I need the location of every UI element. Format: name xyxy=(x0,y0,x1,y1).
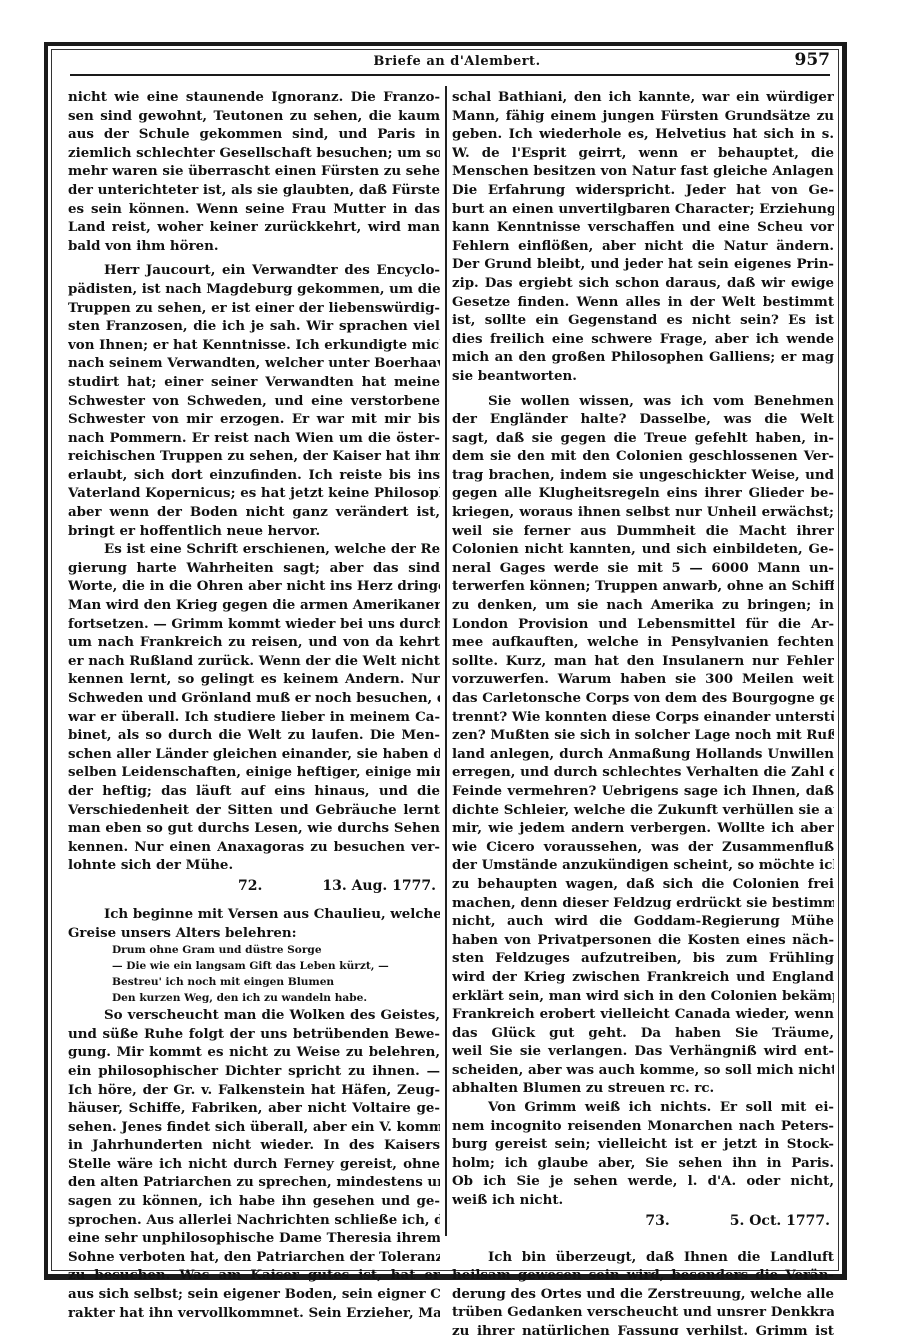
text-line: Sie wollen wissen, was ich vom Benehmen xyxy=(452,392,834,411)
text-line: kennen lernt, so gelingt es keinem Ander… xyxy=(68,670,440,689)
text-line: man eben so gut durchs Lesen, wie durchs… xyxy=(68,819,440,838)
text-line: wie Cicero voraussehen, was der Zusammen… xyxy=(452,838,834,857)
text-line: der heftig; das läuft auf eins hinaus, u… xyxy=(68,782,440,801)
text-line: Den kurzen Weg, den ich zu wandeln habe. xyxy=(112,990,440,1006)
paragraph: schal Bathiani, den ich kannte, war ein … xyxy=(452,88,834,386)
text-line: scheiden, aber was auch komme, so soll m… xyxy=(452,1061,834,1080)
text-line: um nach Frankreich zu reisen, und von da… xyxy=(68,633,440,652)
text-line: gierung harte Wahrheiten sagt; aber das … xyxy=(68,559,440,578)
text-line: sen sind gewohnt, Teutonen zu sehen, die… xyxy=(68,107,440,126)
text-line: zen? Mußten sie sich in solcher Lage noc… xyxy=(452,726,834,745)
text-line: von Ihnen; er hat Kenntnisse. Ich erkund… xyxy=(68,336,440,355)
text-line: zu denken, um sie nach Amerika zu bringe… xyxy=(452,596,834,615)
text-line: Schwester von Schweden, und eine verstor… xyxy=(68,392,440,411)
text-line: Frankreich erobert vielleicht Canada wie… xyxy=(452,1005,834,1024)
text-line: zu besuchen. Was am Kaiser gutes ist, ha… xyxy=(68,1266,440,1285)
text-line: gegen alle Klugheitsregeln eins ihrer Gl… xyxy=(452,484,834,503)
text-line: sie beantworten. xyxy=(452,367,834,386)
text-line: bringt er hoffentlich neue hervor. xyxy=(68,522,440,541)
text-line: ist, sollte ein Gegenstand es nicht sein… xyxy=(452,311,834,330)
text-line: neral Gages werde sie mit 5 — 6000 Mann … xyxy=(452,559,834,578)
text-line: burg gereist sein; vielleicht ist er jet… xyxy=(452,1135,834,1154)
text-line: kriegen, woraus ihnen selbst nur Unheil … xyxy=(452,503,834,522)
running-header: Briefe an d'Alembert. 957 xyxy=(72,50,842,76)
text-line: Vaterland Kopernicus; es hat jetzt keine… xyxy=(68,484,440,503)
text-line: und süße Ruhe folgt der uns betrübenden … xyxy=(68,1025,440,1044)
text-line: Die Erfahrung widerspricht. Jeder hat vo… xyxy=(452,181,834,200)
text-line: Mann, fähig einem jungen Fürsten Grundsä… xyxy=(452,107,834,126)
text-line: Der Grund bleibt, und jeder hat sein eig… xyxy=(452,255,834,274)
paragraph: Ich bin überzeugt, daß Ihnen die Landluf… xyxy=(452,1248,834,1335)
text-line: Man wird den Krieg gegen die armen Ameri… xyxy=(68,596,440,615)
text-line: wird der Krieg zwischen Frankreich und E… xyxy=(452,968,834,987)
text-line: Greise unsers Alters belehren: xyxy=(68,924,440,943)
verse-quote: Drum ohne Gram und düstre Sorge— Die wie… xyxy=(68,942,440,1006)
paragraph: Sie wollen wissen, was ich vom Benehmend… xyxy=(452,392,834,1099)
text-line: trüben Gedanken verscheucht und unsrer D… xyxy=(452,1303,834,1322)
text-line: weiß ich nicht. xyxy=(452,1191,834,1210)
text-line: zu behaupten wagen, daß sich die Colonie… xyxy=(452,875,834,894)
text-line: Sohne verboten hat, den Patriarchen der … xyxy=(68,1248,440,1267)
text-line: sehen. Jenes findet sich überall, aber e… xyxy=(68,1118,440,1137)
text-line: — Die wie ein langsam Gift das Leben kür… xyxy=(112,958,440,974)
text-line: Colonien nicht kannten, und sich einbild… xyxy=(452,540,834,559)
text-line: erregen, und durch schlechtes Verhalten … xyxy=(452,763,834,782)
text-line: W. de l'Esprit geirrt, wenn er behauptet… xyxy=(452,144,834,163)
text-line: Von Grimm weiß ich nichts. Er soll mit e… xyxy=(452,1098,834,1117)
text-line: Verschiedenheit der Sitten und Gebräuche… xyxy=(68,801,440,820)
text-line: weil Sie sie verlangen. Das Verhängniß w… xyxy=(452,1042,834,1061)
right-column: schal Bathiani, den ich kannte, war ein … xyxy=(452,88,834,1335)
text-line: sten Franzosen, die ich je sah. Wir spra… xyxy=(68,317,440,336)
text-line: mir, wie jedem andern verbergen. Wollte … xyxy=(452,819,834,838)
left-column: nicht wie eine staunende Ignoranz. Die F… xyxy=(68,88,440,1322)
text-line: das Carletonsche Corps von dem des Bourg… xyxy=(452,689,834,708)
text-line: studirt hat; einer seiner Verwandten hat… xyxy=(68,373,440,392)
text-line: Bestreu' ich noch mit eingen Blumen xyxy=(112,974,440,990)
text-line: den alten Patriarchen zu sprechen, minde… xyxy=(68,1173,440,1192)
text-line: häuser, Schiffe, Fabriken, aber nicht Vo… xyxy=(68,1099,440,1118)
text-line: pädisten, ist nach Magdeburg gekommen, u… xyxy=(68,280,440,299)
text-line: dichte Schleier, welche die Zukunft verh… xyxy=(452,801,834,820)
paragraph: Von Grimm weiß ich nichts. Er soll mit e… xyxy=(452,1098,834,1210)
paragraph: Es ist eine Schrift erschienen, welche d… xyxy=(68,540,440,875)
page-number: 957 xyxy=(795,50,831,70)
text-line: kann Kenntnisse verschaffen und eine Sch… xyxy=(452,218,834,237)
text-line: abhalten Blumen zu streuen rc. rc. xyxy=(452,1079,834,1098)
text-line: Feinde vermehren? Uebrigens sage ich Ihn… xyxy=(452,782,834,801)
column-divider xyxy=(445,86,447,1236)
text-line: Drum ohne Gram und düstre Sorge xyxy=(112,942,440,958)
text-line: bald von ihm hören. xyxy=(68,237,440,256)
text-line: kennen. Nur einen Anaxagoras zu besuchen… xyxy=(68,838,440,857)
text-line: Ich bin überzeugt, daß Ihnen die Landluf… xyxy=(452,1248,834,1267)
text-line: Land reist, woher keiner zurückkehrt, wi… xyxy=(68,218,440,237)
text-line: der unterichteter ist, als sie glaubten,… xyxy=(68,181,440,200)
text-line: der Umstände anzukündigen scheint, so mö… xyxy=(452,856,834,875)
text-line: Schwester von mir erzogen. Er war mit mi… xyxy=(68,410,440,429)
text-line: schen aller Länder gleichen einander, si… xyxy=(68,745,440,764)
text-line: war er überall. Ich studiere lieber in m… xyxy=(68,708,440,727)
text-line: nach Pommern. Er reist nach Wien um die … xyxy=(68,429,440,448)
text-line: London Provision und Lebensmittel für di… xyxy=(452,615,834,634)
text-line: nicht wie eine staunende Ignoranz. Die F… xyxy=(68,88,440,107)
text-line: mehr waren sie überrascht einen Fürsten … xyxy=(68,162,440,181)
header-rule xyxy=(70,74,830,76)
text-line: der Engländer halte? Dasselbe, was die W… xyxy=(452,410,834,429)
text-line: burt an einen unvertilgbaren Character; … xyxy=(452,200,834,219)
text-line: gung. Mir kommt es nicht zu Weise zu bel… xyxy=(68,1043,440,1062)
text-line: machen, denn dieser Feldzug erdrückt sie… xyxy=(452,894,834,913)
text-line: So verscheucht man die Wolken des Geiste… xyxy=(68,1006,440,1025)
text-line: Ich höre, der Gr. v. Falkenstein hat Häf… xyxy=(68,1081,440,1100)
text-line: Schweden und Grönland muß er noch besuch… xyxy=(68,689,440,708)
text-line: das Glück gut geht. Da haben Sie Träume, xyxy=(452,1024,834,1043)
text-line: derung des Ortes und die Zerstreuung, we… xyxy=(452,1285,834,1304)
paragraph: So verscheucht man die Wolken des Geiste… xyxy=(68,1006,440,1322)
text-line: terwerfen können; Truppen anwarb, ohne a… xyxy=(452,577,834,596)
running-title: Briefe an d'Alembert. xyxy=(72,54,842,69)
letter-date: 13. Aug. 1777. xyxy=(322,875,436,899)
text-line: rakter hat ihn vervollkommnet. Sein Erzi… xyxy=(68,1304,440,1323)
text-line: eine sehr unphilosophische Dame Theresia… xyxy=(68,1229,440,1248)
text-line: sagen zu können, ich habe ihn gesehen un… xyxy=(68,1192,440,1211)
letter-heading-73: 73. 5. Oct. 1777. xyxy=(452,1210,834,1234)
letter-date: 5. Oct. 1777. xyxy=(730,1210,830,1234)
letter-heading-72: 72. 13. Aug. 1777. xyxy=(68,875,440,899)
text-line: schal Bathiani, den ich kannte, war ein … xyxy=(452,88,834,107)
text-line: dies freilich eine schwere Frage, aber i… xyxy=(452,330,834,349)
text-line: binet, als so durch die Welt zu laufen. … xyxy=(68,726,440,745)
text-line: Gesetze finden. Wenn alles in der Welt b… xyxy=(452,293,834,312)
letter-number: 72. xyxy=(238,875,262,899)
text-line: Menschen besitzen von Natur fast gleiche… xyxy=(452,162,834,181)
text-line: aus der Schule gekommen sind, und Paris … xyxy=(68,125,440,144)
text-line: selben Leidenschaften, einige heftiger, … xyxy=(68,763,440,782)
text-line: heilsam gewesen sein wird, besonders die… xyxy=(452,1266,834,1285)
text-line: Worte, die in die Ohren aber nicht ins H… xyxy=(68,577,440,596)
text-line: erlaubt, sich dort einzufinden. Ich reis… xyxy=(68,466,440,485)
text-line: aber wenn der Boden nicht ganz verändert… xyxy=(68,503,440,522)
text-line: lohnte sich der Mühe. xyxy=(68,856,440,875)
text-line: nem incognito reisenden Monarchen nach P… xyxy=(452,1117,834,1136)
text-line: haben von Privatpersonen die Kosten eine… xyxy=(452,931,834,950)
text-line: geben. Ich wiederhole es, Helvetius hat … xyxy=(452,125,834,144)
text-line: er nach Rußland zurück. Wenn der die Wel… xyxy=(68,652,440,671)
text-line: aus sich selbst; sein eigener Boden, sei… xyxy=(68,1285,440,1304)
letter-number: 73. xyxy=(645,1210,669,1234)
text-line: weil sie ferner aus Dummheit die Macht i… xyxy=(452,522,834,541)
text-line: land anlegen, durch Anmaßung Hollands Un… xyxy=(452,745,834,764)
text-line: nicht, auch wird die Goddam-Regierung Mü… xyxy=(452,912,834,931)
text-line: in Jahrhunderten nicht wieder. In des Ka… xyxy=(68,1136,440,1155)
text-line: erklärt sein, man wird sich in den Colon… xyxy=(452,987,834,1006)
text-line: Truppen zu sehen, er ist einer der liebe… xyxy=(68,299,440,318)
text-line: Ich beginne mit Versen aus Chaulieu, wel… xyxy=(68,905,440,924)
paragraph: Herr Jaucourt, ein Verwandter des Encycl… xyxy=(68,261,440,540)
text-line: Herr Jaucourt, ein Verwandter des Encycl… xyxy=(68,261,440,280)
paragraph: Ich beginne mit Versen aus Chaulieu, wel… xyxy=(68,905,440,942)
text-line: zu ihrer natürlichen Fassung verhilst. G… xyxy=(452,1322,834,1335)
text-line: sten Feldzuges aufzutreiben, bis zum Frü… xyxy=(452,949,834,968)
text-line: mee aufkauften, welche in Pensylvanien f… xyxy=(452,633,834,652)
text-line: Es ist eine Schrift erschienen, welche d… xyxy=(68,540,440,559)
text-line: trag brachen, indem sie ungeschickter We… xyxy=(452,466,834,485)
text-line: reichischen Truppen zu sehen, der Kaiser… xyxy=(68,447,440,466)
text-line: zip. Das ergiebt sich schon daraus, daß … xyxy=(452,274,834,293)
paragraph: nicht wie eine staunende Ignoranz. Die F… xyxy=(68,88,440,255)
text-line: Ob ich Sie je sehen werde, l. d'A. oder … xyxy=(452,1172,834,1191)
text-line: mich an den großen Philosophen Galliens;… xyxy=(452,348,834,367)
text-line: nach seinem Verwandten, welcher unter Bo… xyxy=(68,354,440,373)
text-line: holm; ich glaube aber, Sie sehen ihn in … xyxy=(452,1154,834,1173)
text-line: Fehlern einflößen, aber nicht die Natur … xyxy=(452,237,834,256)
text-line: dem sie den mit den Colonien geschlossen… xyxy=(452,447,834,466)
text-line: sagt, daß sie gegen die Treue gefehlt ha… xyxy=(452,429,834,448)
text-line: fortsetzen. — Grimm kommt wieder bei uns… xyxy=(68,615,440,634)
text-line: Stelle wäre ich nicht durch Ferney gerei… xyxy=(68,1155,440,1174)
text-line: sollte. Kurz, man hat den Insulanern nur… xyxy=(452,652,834,671)
text-line: vorzuwerfen. Warum haben sie 300 Meilen … xyxy=(452,670,834,689)
text-line: es sein können. Wenn seine Frau Mutter i… xyxy=(68,200,440,219)
text-line: sprochen. Aus allerlei Nachrichten schli… xyxy=(68,1211,440,1230)
text-line: trennt? Wie konnten diese Corps einander… xyxy=(452,708,834,727)
text-line: ein philosophischer Dichter spricht zu i… xyxy=(68,1062,440,1081)
text-line: ziemlich schlechter Gesellschaft besuche… xyxy=(68,144,440,163)
